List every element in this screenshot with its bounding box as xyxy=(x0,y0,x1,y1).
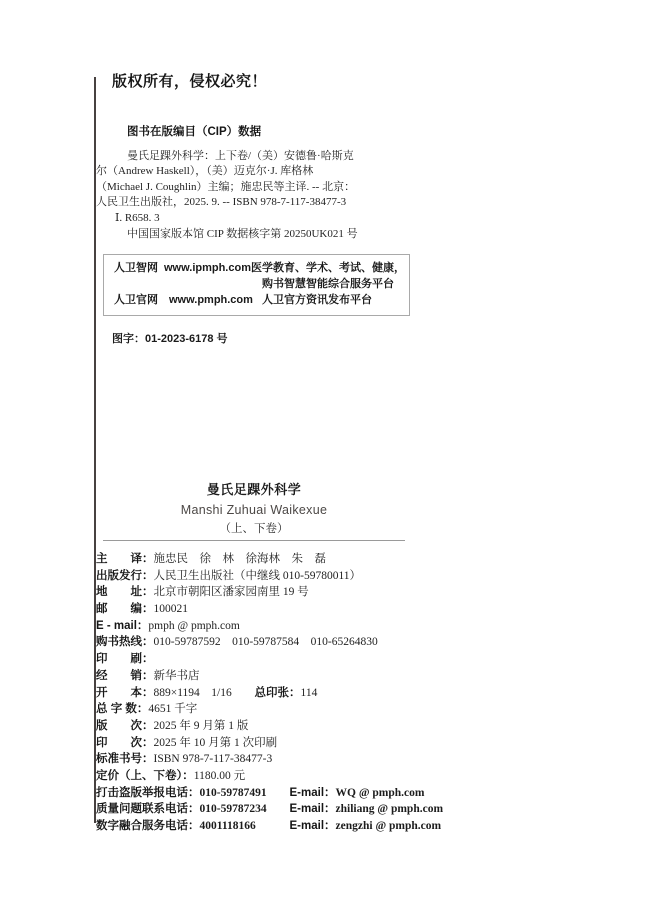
hotline-row: 数字融合服务电话： 4001118166 E-mail： zengzhi @ p… xyxy=(96,818,456,835)
imprint-row: 总 字 数： 4651 千字 xyxy=(96,701,456,718)
imprint-row: 定价（上、下卷）： 1180.00 元 xyxy=(96,768,456,785)
book-title: 曼氏足踝外科学 xyxy=(103,479,405,498)
imprint-row: 印 次： 2025 年 10 月第 1 次印刷 xyxy=(96,735,456,752)
hotline-phone: 010-59787234 xyxy=(200,801,280,818)
imprint-label: 总印张： xyxy=(255,685,301,702)
imprint-value: 889×1194 1/16 xyxy=(154,685,255,702)
imprint-value: 北京市朝阳区潘家园南里 19 号 xyxy=(154,584,309,601)
imprint-label: 主 译： xyxy=(96,551,154,568)
imprint-row: E - mail： pmph @ pmph.com xyxy=(96,618,456,635)
imprint-label: 购书热线： xyxy=(96,634,154,651)
imprint-label: 标准书号： xyxy=(96,751,154,768)
cip-line: 人民卫生出版社，2025. 9. -- ISBN 978-7-117-38477… xyxy=(96,195,434,211)
imprint-label: E - mail： xyxy=(96,618,148,635)
imprint-row: 开 本： 889×1194 1/16 总印张： 114 xyxy=(96,685,456,702)
hotline-email: zengzhi @ pmph.com xyxy=(336,818,442,835)
hotline-email: zhiliang @ pmph.com xyxy=(336,801,444,818)
license-number: 图字：01-2023-6178 号 xyxy=(112,330,228,346)
imprint-value: 4651 千字 xyxy=(148,701,197,718)
imprint-label: 出版发行： xyxy=(96,568,154,585)
imprint-value: 1180.00 元 xyxy=(194,768,245,785)
hotline-label: 数字融合服务电话： xyxy=(96,818,200,835)
imprint-label: 邮 编： xyxy=(96,601,154,618)
imprint-value: 人民卫生出版社（中继线 010-59780011） xyxy=(154,568,362,585)
platform-name xyxy=(114,276,169,292)
book-title-pinyin: Manshi Zuhuai Waikexue xyxy=(103,503,405,517)
copyright-page: { "copyright_notice": "版权所有，侵权必究！", "cip… xyxy=(0,0,663,900)
imprint-row: 标准书号： ISBN 978-7-117-38477-3 xyxy=(96,751,456,768)
platform-name: 人卫官网 xyxy=(114,292,169,308)
imprint-label: 经 销： xyxy=(96,668,154,685)
imprint-row: 出版发行： 人民卫生出版社（中继线 010-59780011） xyxy=(96,568,456,585)
imprint-value: 施忠民 徐 林 徐海林 朱 磊 xyxy=(154,551,327,568)
imprint-label: 版 次： xyxy=(96,718,154,735)
imprint-label: 印 次： xyxy=(96,735,154,752)
cip-line: Ⅰ. R658. 3 xyxy=(96,211,434,227)
cip-line: 曼氏足踝外科学：上下卷/（美）安德鲁·哈斯克 xyxy=(96,149,434,165)
cip-line: 中国国家版本馆 CIP 数据核字第 20250UK021 号 xyxy=(96,227,434,243)
hotline-phone: 4001118166 xyxy=(200,818,280,835)
copyright-notice: 版权所有，侵权必究！ xyxy=(112,70,267,91)
platform-url xyxy=(169,276,262,292)
hotline-email-label: E-mail： xyxy=(290,801,336,818)
book-volume: （上、下卷） xyxy=(103,520,405,536)
imprint-row: 主 译： 施忠民 徐 林 徐海林 朱 磊 xyxy=(96,551,456,568)
divider-rule xyxy=(103,540,405,541)
cip-line: （Michael J. Coughlin）主编；施忠民等主译. -- 北京： xyxy=(96,180,434,196)
hotline-row: 质量问题联系电话： 010-59787234 E-mail： zhiliang … xyxy=(96,801,456,818)
hotline-row: 打击盗版举报电话： 010-59787491 E-mail： WQ @ pmph… xyxy=(96,785,456,802)
platform-desc: 人卫官方资讯发布平台 xyxy=(262,292,405,308)
cip-line: 尔（Andrew Haskell），（美）迈克尔·J. 库格林 xyxy=(96,164,434,180)
publisher-platform-box: 人卫智网 www.ipmph.com 医学教育、学术、考试、健康， 购书智慧智能… xyxy=(103,254,410,316)
platform-row: 人卫智网 www.ipmph.com 医学教育、学术、考试、健康， xyxy=(114,260,405,276)
platform-row: 人卫官网 www.pmph.com 人卫官方资讯发布平台 xyxy=(114,292,405,308)
platform-url: www.pmph.com xyxy=(169,292,262,308)
imprint-value: 114 xyxy=(301,685,318,702)
imprint-row: 印 刷： xyxy=(96,651,456,668)
imprint-label: 印 刷： xyxy=(96,651,154,668)
cip-header: 图书在版编目（CIP）数据 xyxy=(127,125,434,141)
hotline-email-label: E-mail： xyxy=(290,785,336,802)
imprint-section: 主 译： 施忠民 徐 林 徐海林 朱 磊 出版发行： 人民卫生出版社（中继线 0… xyxy=(96,551,456,835)
imprint-row: 版 次： 2025 年 9 月第 1 版 xyxy=(96,718,456,735)
imprint-value: 新华书店 xyxy=(154,668,200,685)
imprint-value: ISBN 978-7-117-38477-3 xyxy=(154,751,273,768)
hotline-phone: 010-59787491 xyxy=(200,785,280,802)
hotline-label: 质量问题联系电话： xyxy=(96,801,200,818)
title-block: 曼氏足踝外科学 Manshi Zuhuai Waikexue （上、下卷） xyxy=(103,479,405,536)
platform-desc: 医学教育、学术、考试、健康， xyxy=(251,260,405,276)
platform-name: 人卫智网 xyxy=(114,260,164,276)
imprint-row: 邮 编： 100021 xyxy=(96,601,456,618)
imprint-row: 地 址： 北京市朝阳区潘家园南里 19 号 xyxy=(96,584,456,601)
hotline-email: WQ @ pmph.com xyxy=(336,785,425,802)
imprint-row: 购书热线： 010-59787592 010-59787584 010-6526… xyxy=(96,634,456,651)
imprint-label: 开 本： xyxy=(96,685,154,702)
imprint-label: 定价（上、下卷）： xyxy=(96,768,194,785)
hotline-label: 打击盗版举报电话： xyxy=(96,785,200,802)
imprint-value: 100021 xyxy=(154,601,189,618)
cip-section: 图书在版编目（CIP）数据 曼氏足踝外科学：上下卷/（美）安德鲁·哈斯克 尔（A… xyxy=(96,125,434,242)
imprint-row: 经 销： 新华书店 xyxy=(96,668,456,685)
imprint-value: 2025 年 9 月第 1 版 xyxy=(154,718,249,735)
imprint-label: 地 址： xyxy=(96,584,154,601)
platform-url: www.ipmph.com xyxy=(164,260,251,276)
imprint-label: 总 字 数： xyxy=(96,701,148,718)
imprint-value: 2025 年 10 月第 1 次印刷 xyxy=(154,735,278,752)
platform-desc: 购书智慧智能综合服务平台 xyxy=(262,276,405,292)
hotline-email-label: E-mail： xyxy=(290,818,336,835)
imprint-value: 010-59787592 010-59787584 010-65264830 xyxy=(154,634,378,651)
platform-row: 购书智慧智能综合服务平台 xyxy=(114,276,405,292)
imprint-value: pmph @ pmph.com xyxy=(148,618,239,635)
